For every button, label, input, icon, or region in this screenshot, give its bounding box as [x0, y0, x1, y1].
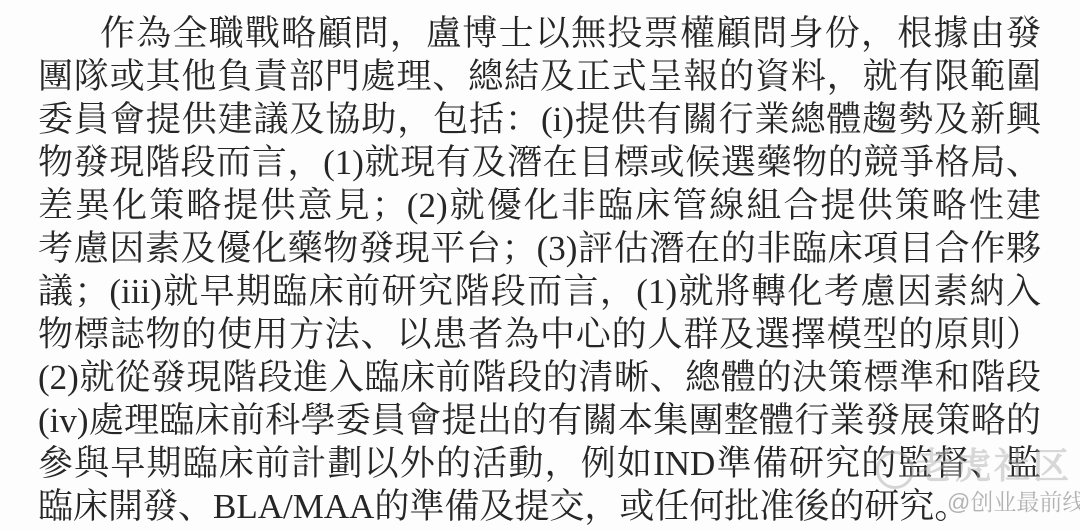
paragraph-line: 委員會提供建議及協助，包括：(i)提供有關行業總體趨勢及新興技術的見解；(ii)…	[38, 98, 1041, 141]
paragraph-line: 考慮因素及優化藥物發現平台；(3)評估潛在的非臨床項目合作夥伴關係並就此提供建	[38, 227, 1041, 270]
paragraph-line: 議；(iii)就早期臨床前研究階段而言，(1)就將轉化考慮因素納入早期發現計劃（…	[38, 270, 1041, 313]
paragraph-line: 參與早期臨床前計劃以外的活動，例如IND準備研究的監督、監管互動或文件提交、	[38, 442, 1041, 485]
paragraph-line: (2)就從發現階段進入臨床前階段的清晰、總體的決策標準和階段決策點提供建議；及	[38, 356, 1041, 399]
paragraph: 作為全職戰略顧問，盧博士以無投票權顧問身份，根據由發現團隊、研究領導 團隊或其他…	[0, 0, 1080, 528]
paragraph-line: 團隊或其他負責部門處理、總結及正式呈報的資料，就有限範圍的事項向臨床前科學	[38, 55, 1041, 98]
paragraph-line: 差異化策略提供意見；(2)就優化非臨床管線組合提供策略性建議，包括通過／不通過	[38, 184, 1041, 227]
document-page: 作為全職戰略顧問，盧博士以無投票權顧問身份，根據由發現團隊、研究領導 團隊或其他…	[0, 0, 1080, 530]
paragraph-line: 物標誌物的使用方法、以患者為中心的人群及選擇模型的原則）提供總體戰略觀點；	[38, 313, 1041, 356]
paragraph-line: 作為全職戰略顧問，盧博士以無投票權顧問身份，根據由發現團隊、研究領導	[38, 12, 1041, 55]
paragraph-line: (iv)處理臨床前科學委員會提出的有關本集團整體行業發展策略的其他事宜。盧博士不	[38, 399, 1041, 442]
paragraph-line: 物發現階段而言，(1)就現有及潛在目標或候選藥物的競爭格局、生物學原理、機制及	[38, 141, 1041, 184]
paragraph-line: 臨床開發、BLA/MAA的準備及提交，或任何批准後的研究。	[38, 485, 1041, 528]
